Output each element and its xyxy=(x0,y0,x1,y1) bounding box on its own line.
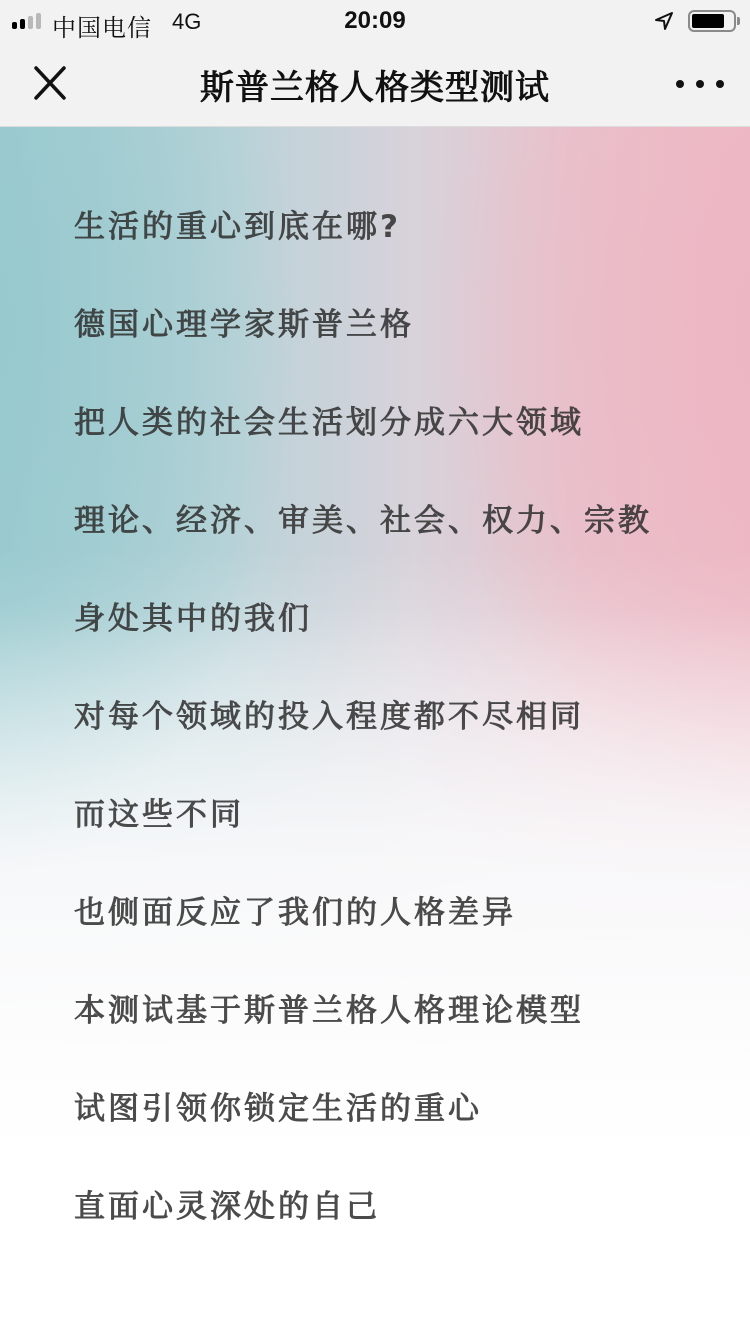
intro-line: 对每个领域的投入程度都不尽相同 xyxy=(74,701,714,733)
battery-tip xyxy=(737,17,740,25)
intro-line: 直面心灵深处的自己 xyxy=(74,1191,714,1223)
nav-bar: 斯普兰格人格类型测试 xyxy=(0,40,750,127)
intro-content[interactable]: 生活的重心到底在哪? 德国心理学家斯普兰格 把人类的社会生活划分成六大领域 理论… xyxy=(0,127,750,1334)
page-title: 斯普兰格人格类型测试 xyxy=(0,60,750,109)
status-bar: 中国电信 4G 20:09 xyxy=(0,0,750,40)
intro-line: 也侧面反应了我们的人格差异 xyxy=(74,897,714,929)
status-time: 20:09 xyxy=(0,7,750,35)
battery-icon xyxy=(688,10,736,32)
more-dots-icon xyxy=(676,80,684,88)
more-dots-icon xyxy=(716,80,724,88)
intro-line: 试图引领你锁定生活的重心 xyxy=(74,1093,714,1125)
intro-line: 本测试基于斯普兰格人格理论模型 xyxy=(74,995,714,1027)
more-options-button[interactable] xyxy=(676,70,724,98)
intro-line: 德国心理学家斯普兰格 xyxy=(74,309,714,341)
intro-line: 理论、经济、审美、社会、权力、宗教 xyxy=(74,505,714,537)
intro-line: 而这些不同 xyxy=(74,799,714,831)
intro-line: 把人类的社会生活划分成六大领域 xyxy=(74,407,714,439)
intro-text-block: 生活的重心到底在哪? 德国心理学家斯普兰格 把人类的社会生活划分成六大领域 理论… xyxy=(74,211,714,1289)
intro-line: 生活的重心到底在哪? xyxy=(74,211,714,243)
more-dots-icon xyxy=(696,80,704,88)
intro-line: 身处其中的我们 xyxy=(74,603,714,635)
location-arrow-icon xyxy=(653,10,675,32)
